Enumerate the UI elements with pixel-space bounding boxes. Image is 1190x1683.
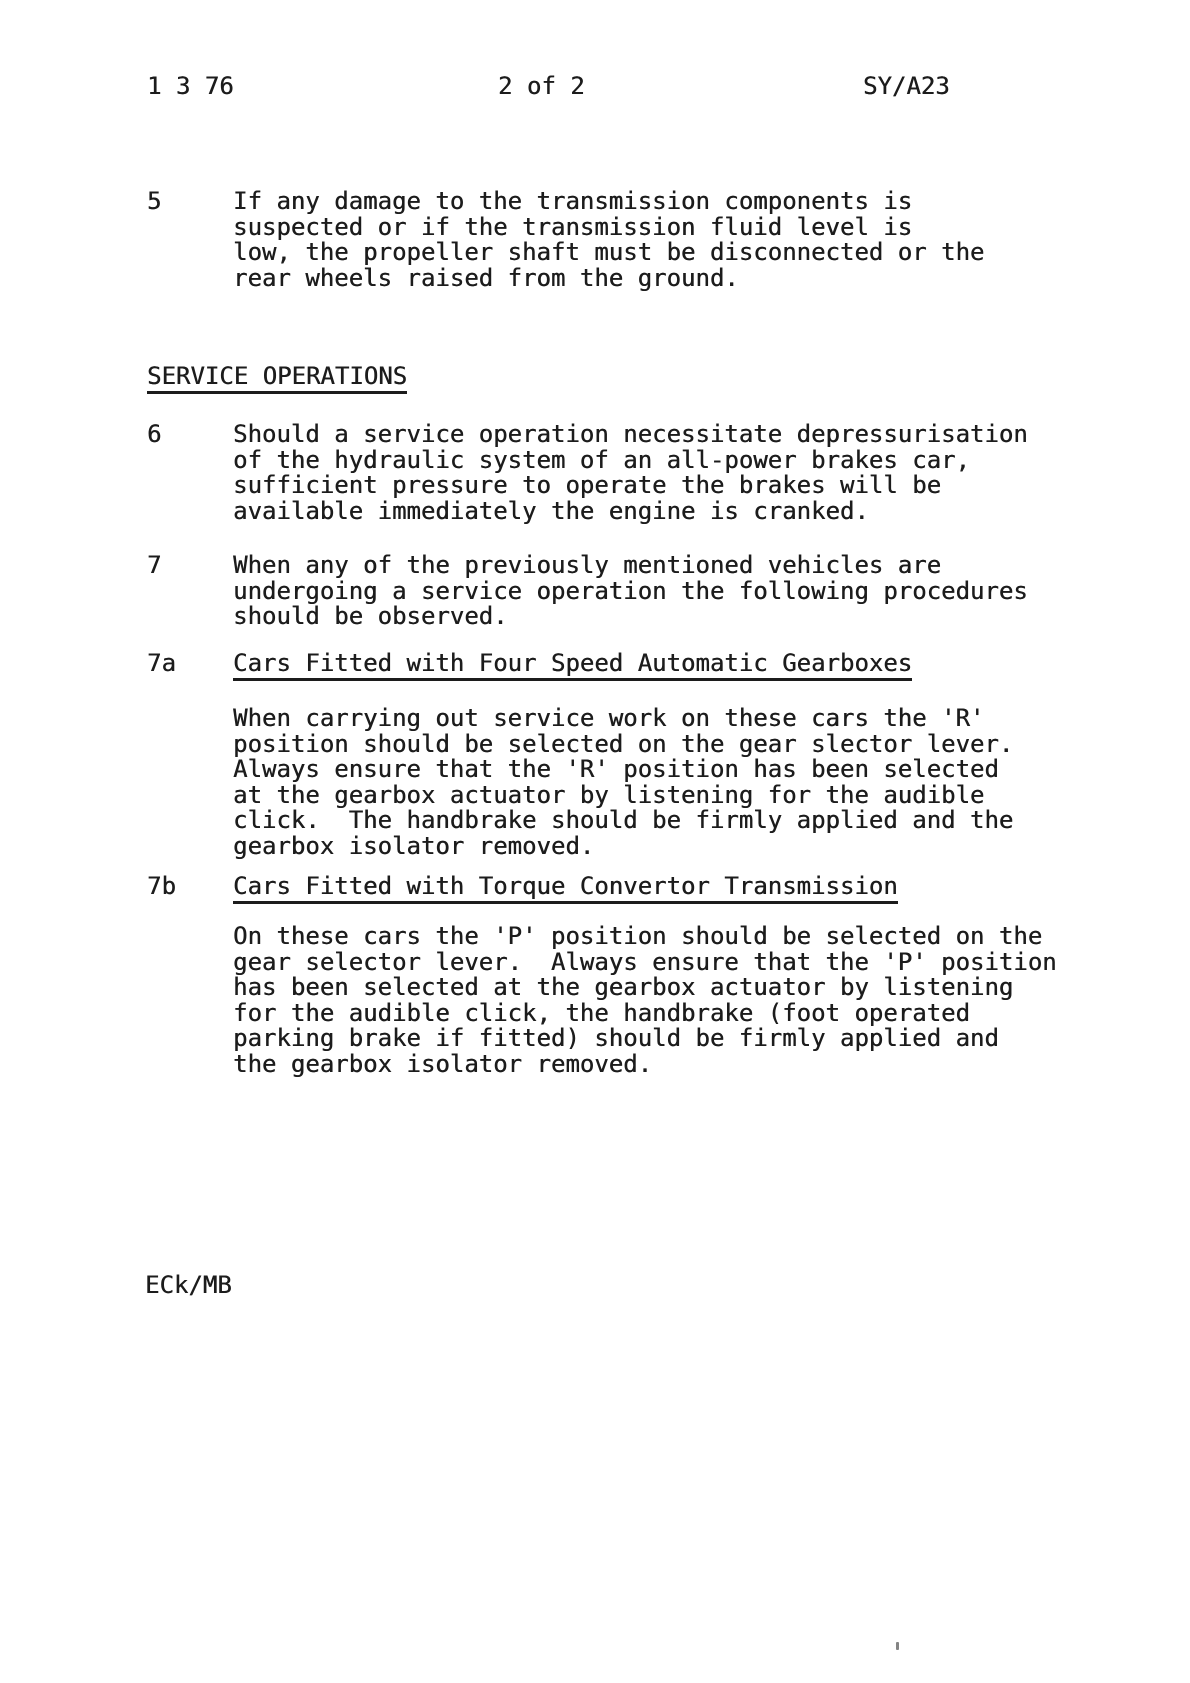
footer-initials: ECk/MB [145,1273,232,1299]
item-text-5: If any damage to the transmission compon… [233,189,984,291]
item-number-6: 6 [147,422,233,448]
section-heading-wrap: SERVICE OPERATIONS [147,364,407,394]
paragraph-7: 7 When any of the previously mentioned v… [147,553,1028,630]
paragraph-6: 6 Should a service operation necessitate… [147,422,1028,524]
item-number-7: 7 [147,553,233,579]
scan-speck-artifact [896,1642,899,1650]
item-number-5: 5 [147,189,233,215]
item-text-6: Should a service operation necessitate d… [233,422,1028,524]
subsection-heading-7a: Cars Fitted with Four Speed Automatic Ge… [233,651,912,681]
paragraph-7a-heading-row: 7a Cars Fitted with Four Speed Automatic… [147,651,912,681]
section-heading: SERVICE OPERATIONS [147,364,407,394]
item-text-7a: When carrying out service work on these … [233,706,1013,859]
paragraph-7b-heading-row: 7b Cars Fitted with Torque Convertor Tra… [147,874,898,904]
item-text-7: When any of the previously mentioned veh… [233,553,1028,630]
document-page: 1 3 76 2 of 2 SY/A23 5 If any damage to … [0,0,1190,1683]
header-date: 1 3 76 [147,74,234,100]
paragraph-7b-body: On these cars the 'P' position should be… [233,924,1057,1077]
paragraph-7a-body: When carrying out service work on these … [233,706,1013,859]
item-number-7a: 7a [147,651,233,677]
header-reference: SY/A23 [863,74,950,100]
item-text-7b: On these cars the 'P' position should be… [233,924,1057,1077]
item-number-7b: 7b [147,874,233,900]
subsection-heading-7b: Cars Fitted with Torque Convertor Transm… [233,874,898,904]
header-page-number: 2 of 2 [498,74,585,100]
paragraph-5: 5 If any damage to the transmission comp… [147,189,984,291]
